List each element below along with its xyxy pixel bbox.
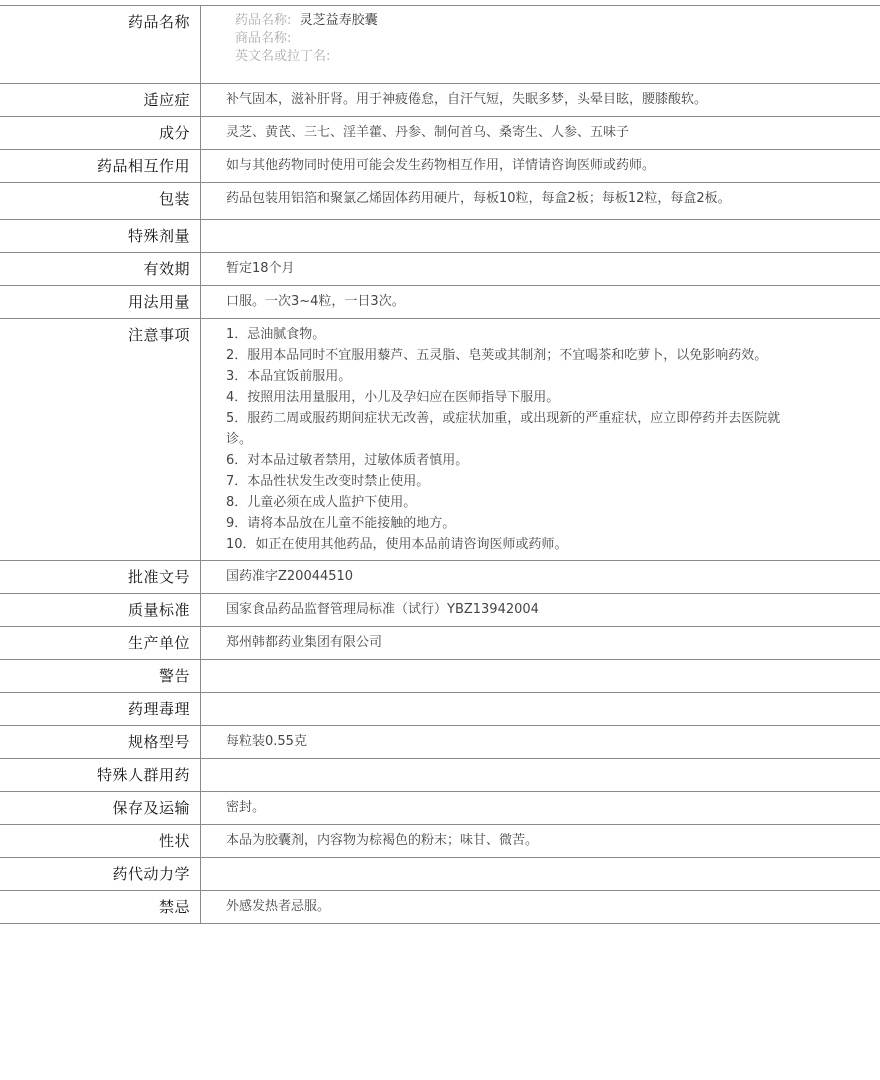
label-pharmacokinetics: 药代动力学 (0, 858, 201, 891)
drug-spec-table: 药品名称 药品名称: 灵芝益寿胶囊 商品名称: 英文名或拉丁名: 适应症 补气固… (0, 5, 880, 924)
value-manufacturer: 郑州韩都药业集团有限公司 (201, 627, 880, 660)
precaution-item: 1．忌油腻食物。 (226, 324, 786, 345)
expiry-text: 暂定18个月 (226, 259, 786, 279)
label-packaging: 包装 (0, 183, 201, 220)
row-approval-number: 批准文号 国药准字Z20044510 (0, 561, 880, 594)
row-pharmacokinetics: 药代动力学 (0, 858, 880, 891)
label-special-population: 特殊人群用药 (0, 759, 201, 792)
value-special-population (201, 759, 880, 792)
row-expiry: 有效期 暂定18个月 (0, 253, 880, 286)
label-storage: 保存及运输 (0, 792, 201, 825)
precaution-item: 6．对本品过敏者禁用，过敏体质者慎用。 (226, 450, 786, 471)
value-indications: 补气固本，滋补肝肾。用于神疲倦怠，自汗气短，失眠多梦，头晕目眩，腰膝酸软。 (201, 84, 880, 117)
precaution-item: 10．如正在使用其他药品，使用本品前请咨询医师或药师。 (226, 534, 786, 555)
label-description: 性状 (0, 825, 201, 858)
label-expiry: 有效期 (0, 253, 201, 286)
row-usage: 用法用量 口服。一次3~4粒，一日3次。 (0, 286, 880, 319)
row-special-dosage: 特殊剂量 (0, 220, 880, 253)
contraindications-text: 外感发热者忌服。 (226, 897, 786, 917)
value-expiry: 暂定18个月 (201, 253, 880, 286)
label-warning: 警告 (0, 660, 201, 693)
label-approval-number: 批准文号 (0, 561, 201, 594)
packaging-text: 药品包装用铝箔和聚氯乙烯固体药用硬片，每板10粒，每盒2板；每板12粒，每盒2板… (226, 189, 761, 209)
value-warning (201, 660, 880, 693)
row-contraindications: 禁忌 外感发热者忌服。 (0, 891, 880, 924)
label-manufacturer: 生产单位 (0, 627, 201, 660)
ingredients-text: 灵芝、黄芪、三七、淫羊藿、丹参、制何首乌、桑寄生、人参、五味子 (226, 123, 786, 143)
label-special-dosage: 特殊剂量 (0, 220, 201, 253)
row-quality-standard: 质量标准 国家食品药品监督管理局标准（试行）YBZ13942004 (0, 594, 880, 627)
value-special-dosage (201, 220, 880, 253)
label-interactions: 药品相互作用 (0, 150, 201, 183)
precaution-item: 8．儿童必须在成人监护下使用。 (226, 492, 786, 513)
interactions-text: 如与其他药物同时使用可能会发生药物相互作用，详情请咨询医师或药师。 (226, 156, 786, 176)
indications-text: 补气固本，滋补肝肾。用于神疲倦怠，自汗气短，失眠多梦，头晕目眩，腰膝酸软。 (226, 90, 786, 110)
row-storage: 保存及运输 密封。 (0, 792, 880, 825)
value-usage: 口服。一次3~4粒，一日3次。 (201, 286, 880, 319)
label-specification: 规格型号 (0, 726, 201, 759)
value-interactions: 如与其他药物同时使用可能会发生药物相互作用，详情请咨询医师或药师。 (201, 150, 880, 183)
generic-name-value: 灵芝益寿胶囊 (300, 13, 378, 28)
value-drug-name: 药品名称: 灵芝益寿胶囊 商品名称: 英文名或拉丁名: (201, 6, 880, 84)
value-contraindications: 外感发热者忌服。 (201, 891, 880, 924)
label-contraindications: 禁忌 (0, 891, 201, 924)
label-indications: 适应症 (0, 84, 201, 117)
value-specification: 每粒装0.55克 (201, 726, 880, 759)
row-ingredients: 成分 灵芝、黄芪、三七、淫羊藿、丹参、制何首乌、桑寄生、人参、五味子 (0, 117, 880, 150)
label-usage: 用法用量 (0, 286, 201, 319)
precaution-item: 7．本品性状发生改变时禁止使用。 (226, 471, 786, 492)
row-warning: 警告 (0, 660, 880, 693)
value-quality-standard: 国家食品药品监督管理局标准（试行）YBZ13942004 (201, 594, 880, 627)
label-toxicology: 药理毒理 (0, 693, 201, 726)
value-storage: 密封。 (201, 792, 880, 825)
row-drug-name: 药品名称 药品名称: 灵芝益寿胶囊 商品名称: 英文名或拉丁名: (0, 6, 880, 84)
label-drug-name: 药品名称 (0, 6, 201, 84)
english-name-line: 英文名或拉丁名: (235, 48, 880, 66)
value-ingredients: 灵芝、黄芪、三七、淫羊藿、丹参、制何首乌、桑寄生、人参、五味子 (201, 117, 880, 150)
row-interactions: 药品相互作用 如与其他药物同时使用可能会发生药物相互作用，详情请咨询医师或药师。 (0, 150, 880, 183)
row-specification: 规格型号 每粒装0.55克 (0, 726, 880, 759)
row-toxicology: 药理毒理 (0, 693, 880, 726)
storage-text: 密封。 (226, 798, 786, 818)
description-text: 本品为胶囊剂，内容物为棕褐色的粉末；味甘、微苦。 (226, 831, 786, 851)
label-ingredients: 成分 (0, 117, 201, 150)
row-description: 性状 本品为胶囊剂，内容物为棕褐色的粉末；味甘、微苦。 (0, 825, 880, 858)
usage-text: 口服。一次3~4粒，一日3次。 (226, 292, 786, 312)
value-approval-number: 国药准字Z20044510 (201, 561, 880, 594)
label-precautions: 注意事项 (0, 319, 201, 561)
generic-name-label: 药品名称: (235, 13, 291, 28)
approval-number-text: 国药准字Z20044510 (226, 567, 786, 587)
english-name-label: 英文名或拉丁名: (235, 49, 330, 64)
value-precautions: 1．忌油腻食物。 2．服用本品同时不宜服用藜芦、五灵脂、皂荚或其制剂；不宜喝茶和… (201, 319, 880, 561)
value-pharmacokinetics (201, 858, 880, 891)
trade-name-line: 商品名称: (235, 30, 880, 48)
trade-name-label: 商品名称: (235, 31, 291, 46)
row-precautions: 注意事项 1．忌油腻食物。 2．服用本品同时不宜服用藜芦、五灵脂、皂荚或其制剂；… (0, 319, 880, 561)
precaution-item: 5．服药二周或服药期间症状无改善，或症状加重，或出现新的严重症状，应立即停药并去… (226, 408, 786, 450)
value-description: 本品为胶囊剂，内容物为棕褐色的粉末；味甘、微苦。 (201, 825, 880, 858)
value-packaging: 药品包装用铝箔和聚氯乙烯固体药用硬片，每板10粒，每盒2板；每板12粒，每盒2板… (201, 183, 880, 220)
generic-name-line: 药品名称: 灵芝益寿胶囊 (235, 12, 880, 30)
label-quality-standard: 质量标准 (0, 594, 201, 627)
row-indications: 适应症 补气固本，滋补肝肾。用于神疲倦怠，自汗气短，失眠多梦，头晕目眩，腰膝酸软… (0, 84, 880, 117)
value-toxicology (201, 693, 880, 726)
quality-standard-text: 国家食品药品监督管理局标准（试行）YBZ13942004 (226, 600, 786, 620)
specification-text: 每粒装0.55克 (226, 732, 786, 752)
row-special-population: 特殊人群用药 (0, 759, 880, 792)
precaution-item: 4．按照用法用量服用，小儿及孕妇应在医师指导下服用。 (226, 387, 786, 408)
manufacturer-text: 郑州韩都药业集团有限公司 (226, 633, 786, 653)
precaution-item: 2．服用本品同时不宜服用藜芦、五灵脂、皂荚或其制剂；不宜喝茶和吃萝卜，以免影响药… (226, 345, 786, 366)
row-manufacturer: 生产单位 郑州韩都药业集团有限公司 (0, 627, 880, 660)
precautions-list: 1．忌油腻食物。 2．服用本品同时不宜服用藜芦、五灵脂、皂荚或其制剂；不宜喝茶和… (226, 324, 786, 555)
precaution-item: 9．请将本品放在儿童不能接触的地方。 (226, 513, 786, 534)
precaution-item: 3．本品宜饭前服用。 (226, 366, 786, 387)
row-packaging: 包装 药品包装用铝箔和聚氯乙烯固体药用硬片，每板10粒，每盒2板；每板12粒，每… (0, 183, 880, 220)
